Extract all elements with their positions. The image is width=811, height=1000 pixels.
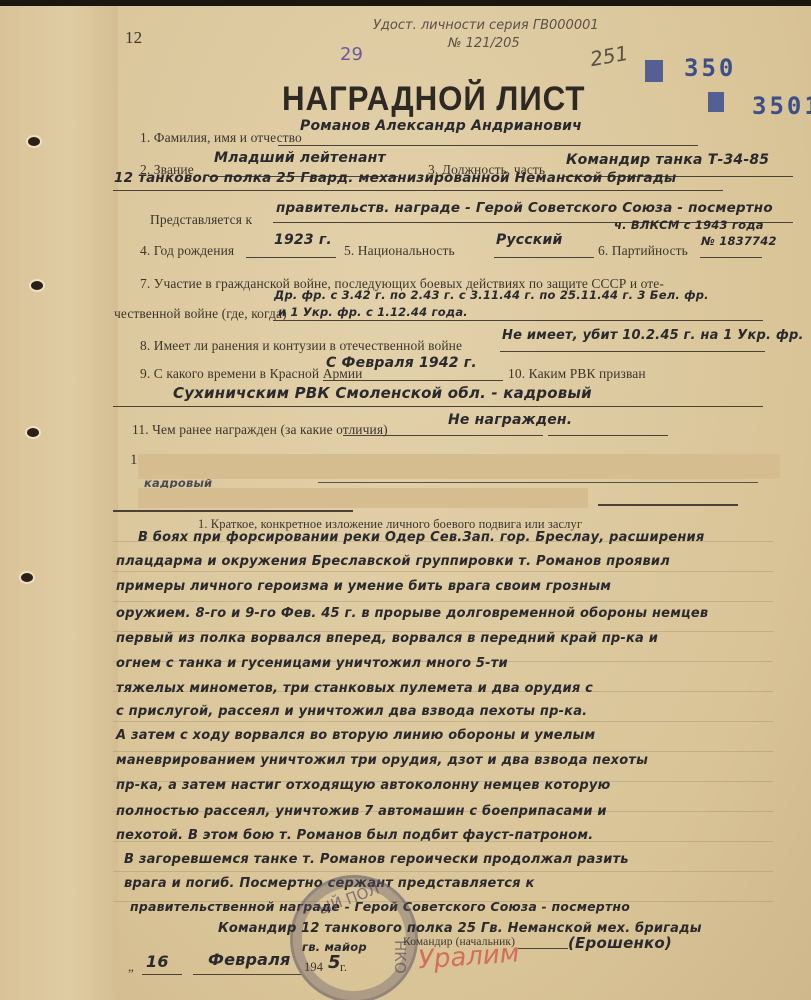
field-1-value: Романов Александр Андрианович — [300, 118, 582, 134]
stamp-flag — [645, 60, 663, 82]
narrative-line: пехотой. В этом бою т. Романов был подби… — [116, 828, 593, 843]
narrative-line: примеры личного героизма и умение бить в… — [116, 579, 611, 594]
underline — [494, 257, 594, 258]
underline — [113, 406, 763, 407]
field-10-value: Сухиничским РВК Смоленской обл. - кадров… — [173, 384, 592, 402]
stamp-number-1: 350 — [684, 54, 736, 82]
underline — [598, 504, 738, 506]
nomination-note: ч. ВЛКСМ с 1943 года — [614, 218, 764, 232]
underline — [700, 257, 762, 258]
field-6-label: 6. Партийность — [598, 243, 688, 259]
punch-hole — [31, 281, 43, 290]
underline — [500, 351, 765, 352]
date-month: Февраля — [208, 950, 291, 969]
underline — [142, 974, 182, 975]
stamp-number-2: 3501 — [752, 92, 811, 120]
narrative-line: полностью рассеял, уничтожив 7 автомашин… — [116, 804, 607, 819]
narrative-line: пр-ка, а затем настиг отходящую автоколо… — [116, 778, 610, 793]
ruled-line — [113, 751, 773, 752]
field-5-value: Русский — [496, 232, 563, 248]
seal-text-top: ЫЙ ПОЛ — [316, 880, 382, 919]
underline — [113, 190, 723, 191]
narrative-line: В боях при форсировании реки Одер Сев.За… — [138, 530, 704, 545]
punch-hole — [27, 428, 39, 437]
ruled-line — [113, 721, 773, 722]
redaction-block — [138, 488, 588, 508]
date-year-prefix: 194 — [304, 960, 323, 975]
page-title: НАГРАДНОЙ ЛИСТ — [282, 80, 585, 119]
date-year-suffix: 5 — [328, 952, 341, 973]
stamp-flag — [708, 92, 724, 112]
binding-strip — [0, 6, 119, 1000]
field-7-value-line1: Др. фр. с 3.42 г. по 2.43 г. с 3.11.44 г… — [274, 288, 709, 302]
archive-note-line2: № 121/205 — [448, 36, 520, 51]
field-5-label: 5. Национальность — [344, 243, 455, 259]
field-1-label: 1. Фамилия, имя и отчество — [140, 130, 302, 146]
underline — [273, 320, 763, 321]
field-9-value: С Февраля 1942 г. — [326, 355, 477, 371]
field-8-label: 8. Имеет ли ранения и контузии в отечест… — [140, 338, 462, 354]
underline — [318, 482, 758, 483]
narrative-line: огнем с танка и гусеницами уничтожил мно… — [116, 656, 508, 671]
narrative-line: тяжелых минометов, три станковых пулемет… — [116, 681, 593, 696]
narrative-line: с прислугой, рассеял и уничтожил два взв… — [116, 704, 587, 719]
narrative-line: оружием. 8-го и 9-го Фев. 45 г. в прорыв… — [116, 606, 708, 621]
underline — [246, 257, 336, 258]
underline — [548, 435, 668, 436]
narrative-line: А затем с ходу ворвался во вторую линию … — [116, 728, 595, 743]
violet-number: 29 — [340, 44, 363, 65]
punch-hole — [28, 137, 40, 146]
commander-name: (Ерошенко) — [568, 934, 672, 952]
underline — [113, 510, 353, 512]
field-8-value: Не имеет, убит 10.2.45 г. на 1 Укр. фр. — [502, 328, 804, 343]
punch-hole — [21, 573, 33, 582]
ruled-line — [113, 601, 773, 602]
date-day: 16 — [146, 952, 169, 971]
underline — [323, 380, 503, 381]
date-year-unit: г. — [340, 960, 347, 975]
underline — [518, 948, 568, 949]
field-12-label: 1 — [130, 452, 138, 469]
redaction-block — [138, 454, 780, 479]
red-signature: Уралим — [417, 938, 520, 975]
narrative-line: маневрированием уничтожил три орудия, дз… — [116, 753, 648, 768]
field-3-value-line2: 12 танкового полка 25 Гвард. механизиров… — [114, 170, 676, 186]
award-sheet: 12 Удост. личности серия ГВ000001 № 121/… — [118, 6, 811, 1000]
underline — [343, 435, 543, 436]
nomination-value: правительств. награде - Герой Советского… — [276, 200, 773, 216]
narrative-line: В загоревшемся танке т. Романов героичес… — [124, 852, 629, 867]
field-10-label: 10. Каким РВК призван — [508, 366, 646, 382]
page-number: 12 — [125, 28, 142, 48]
date-quote: „ — [128, 959, 134, 975]
field-4-label: 4. Год рождения — [140, 243, 234, 259]
field-2-value: Младший лейтенант — [214, 150, 386, 166]
field-7-label-line2: чественной войне (где, когда) — [114, 306, 287, 322]
field-7-value-line2: и 1 Укр. фр. с 1.12.44 года. — [278, 305, 468, 319]
narrative-line: плацдарма и окружения Бреславской группи… — [116, 554, 670, 569]
underline — [278, 145, 698, 146]
narrative-line: первый из полка ворвался вперед, ворвалс… — [116, 631, 658, 646]
ruled-line — [113, 571, 773, 572]
field-3-value: Командир танка Т-34-85 — [566, 152, 769, 168]
official-seal: ЫЙ ПОЛ НКО — [290, 875, 418, 1000]
nomination-label: Представляется к — [150, 212, 252, 228]
underline — [193, 974, 301, 975]
pencil-number: 251 — [588, 41, 630, 71]
archive-note-line1: Удост. личности серия ГВ000001 — [373, 18, 599, 33]
field-11-value: Не награжден. — [448, 412, 572, 428]
ruled-line — [113, 871, 773, 872]
field-4-value: 1923 г. — [274, 232, 332, 248]
field-6-value: № 1837742 — [701, 234, 777, 248]
